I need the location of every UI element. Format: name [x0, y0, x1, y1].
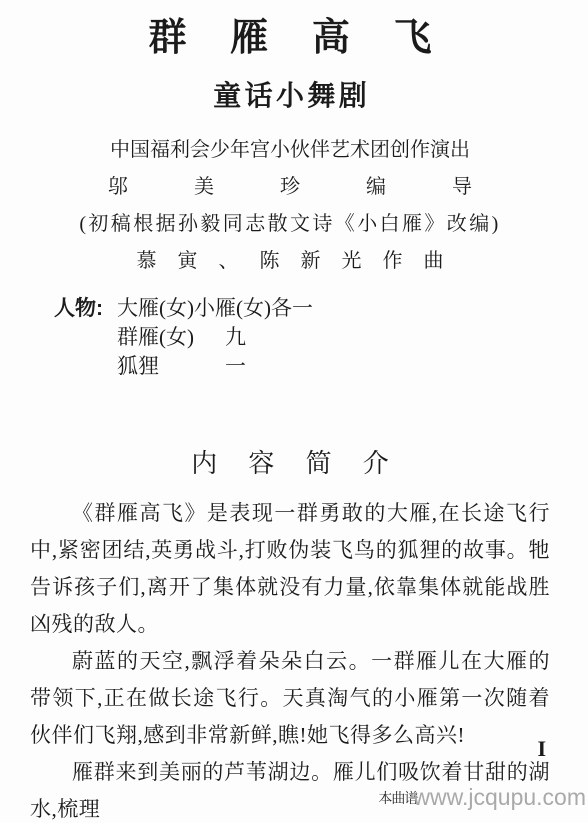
- cast-role-geese-pair: 大雁(女)小雁(女) 各一: [117, 294, 313, 323]
- synopsis-paragraph-1: 《群雁高飞》是表现一群勇敢的大雁,在长途飞行中,紧密团结,英勇战斗,打败伪装飞鸟…: [30, 495, 550, 643]
- watermark-url: www.jcqupu.com: [413, 784, 586, 810]
- credit-line-adaptation-note: (初稿根据孙毅同志散文诗《小白雁》改编): [30, 206, 550, 243]
- role-name: 狐狸: [117, 352, 225, 381]
- credits-block: 中国福利会少年宫小伙伴艺术团创作演出 邬美珍编导 (初稿根据孙毅同志散文诗《小白…: [30, 132, 550, 280]
- credit-line-troupe: 中国福利会少年宫小伙伴艺术团创作演出: [30, 132, 550, 169]
- page-subtitle: 童话小舞剧: [30, 76, 550, 116]
- role-name: 群雁(女): [117, 323, 225, 352]
- cast-role-goose-flock: 群雁(女) 九: [117, 323, 313, 352]
- role-name: 大雁(女)小雁(女): [117, 294, 271, 323]
- credit-line-composers: 慕寅、陈新光作曲: [30, 243, 550, 280]
- synopsis-body: 《群雁高飞》是表现一群勇敢的大雁,在长途飞行中,紧密团结,英勇战斗,打败伪装飞鸟…: [30, 495, 550, 823]
- credit-line-director: 邬美珍编导: [30, 169, 550, 206]
- scanned-score-page: 群雁高飞 童话小舞剧 中国福利会少年宫小伙伴艺术团创作演出 邬美珍编导 (初稿根…: [0, 0, 588, 823]
- cast-roles: 大雁(女)小雁(女) 各一 群雁(女) 九 狐狸 一: [117, 294, 313, 381]
- watermark-prefix: 本曲谱: [378, 790, 417, 806]
- page-number: I: [537, 736, 546, 762]
- cast-list-label: 人物:: [54, 294, 103, 381]
- role-count: 九: [225, 323, 246, 352]
- role-count: 一: [225, 352, 246, 381]
- role-count: 各一: [271, 294, 313, 323]
- cast-list: 人物: 大雁(女)小雁(女) 各一 群雁(女) 九 狐狸 一: [54, 294, 550, 381]
- page-title: 群雁高飞: [30, 12, 550, 64]
- site-watermark: 本曲谱www.jcqupu.com: [378, 784, 586, 811]
- synopsis-heading: 内容简介: [30, 445, 550, 483]
- synopsis-paragraph-2: 蔚蓝的天空,飘浮着朵朵白云。一群雁儿在大雁的带领下,正在做长途飞行。天真淘气的小…: [30, 643, 550, 754]
- cast-role-fox: 狐狸 一: [117, 352, 313, 381]
